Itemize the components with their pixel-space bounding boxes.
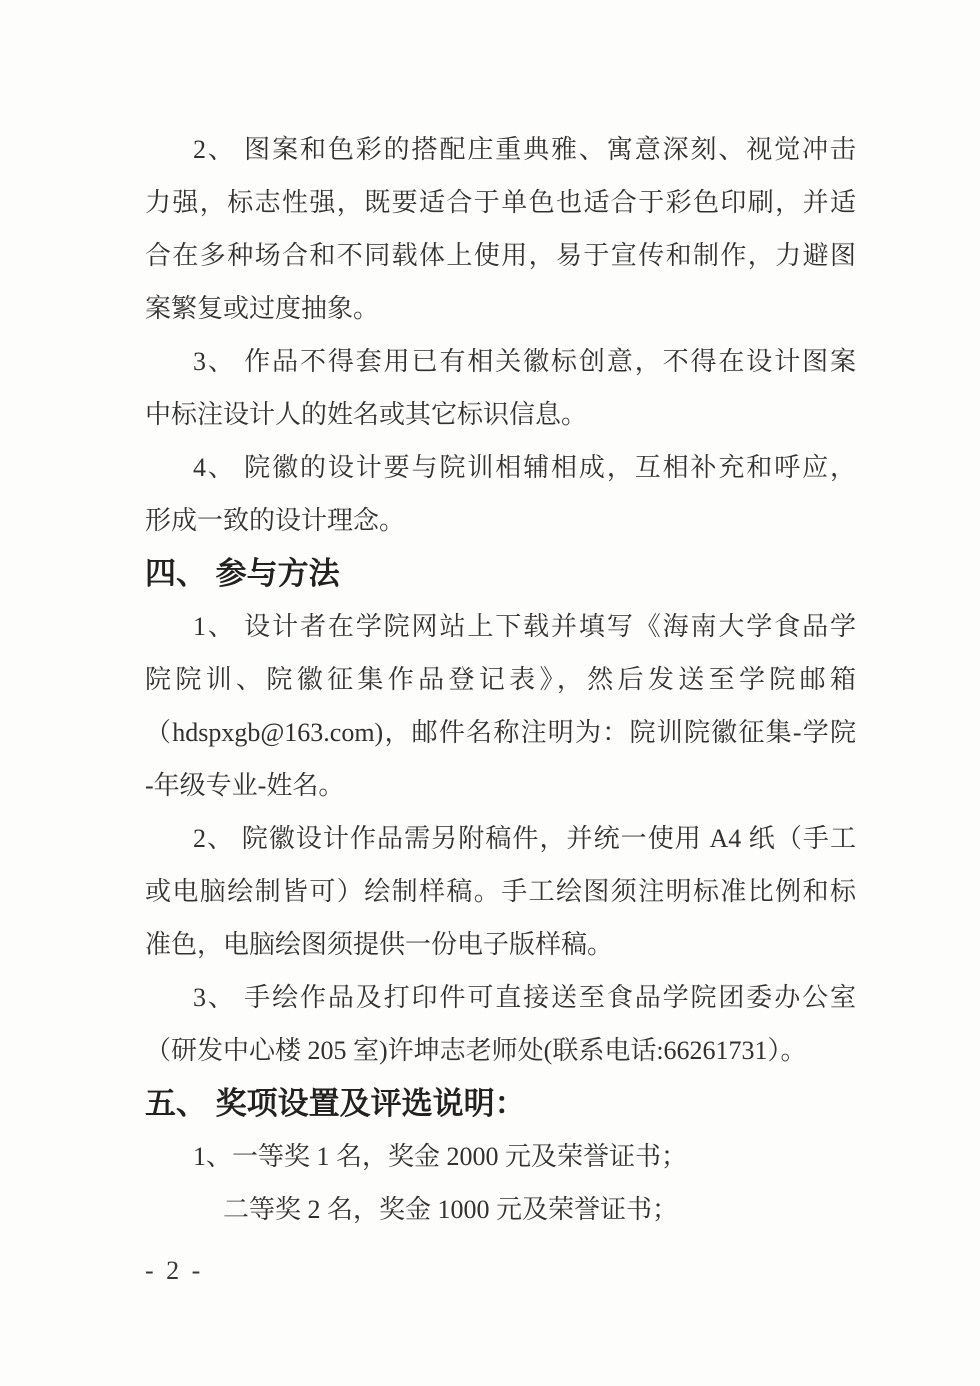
text-line: 4、 院徽的设计要与院训相辅相成，互相补充和呼应， bbox=[145, 441, 856, 494]
text-line: 合在多种场合和不同载体上使用，易于宣传和制作，力避图 bbox=[145, 229, 856, 282]
text-line: -年级专业-姓名。 bbox=[145, 759, 856, 812]
text-line: 1、 设计者在学院网站上下载并填写《海南大学食品学 bbox=[145, 600, 856, 653]
paragraph-awards: 1、一等奖 1 名，奖金 2000 元及荣誉证书； 二等奖 2 名，奖金 100… bbox=[145, 1130, 856, 1236]
page-number: - 2 - bbox=[145, 1244, 203, 1297]
award-first-prize-line: 1、一等奖 1 名，奖金 2000 元及荣誉证书； bbox=[145, 1130, 856, 1183]
text-line: 力强，标志性强，既要适合于单色也适合于彩色印刷，并适 bbox=[145, 176, 856, 229]
paragraph-design-requirement-3: 3、 作品不得套用已有相关徽标创意，不得在设计图案 中标注设计人的姓名或其它标识… bbox=[145, 335, 856, 441]
text-line: 或电脑绘制皆可）绘制样稿。手工绘图须注明标准比例和标 bbox=[145, 865, 856, 918]
text-line: 案繁复或过度抽象。 bbox=[145, 282, 856, 335]
text-line: 3、 作品不得套用已有相关徽标创意，不得在设计图案 bbox=[145, 335, 856, 388]
text-line: 3、 手绘作品及打印件可直接送至食品学院团委办公室 bbox=[145, 971, 856, 1024]
scanned-document-page: 2、 图案和色彩的搭配庄重典雅、寓意深刻、视觉冲击 力强，标志性强，既要适合于单… bbox=[0, 0, 980, 1386]
paragraph-method-2: 2、 院徽设计作品需另附稿件，并统一使用 A4 纸（手工 或电脑绘制皆可）绘制样… bbox=[145, 812, 856, 971]
text-line: 准色，电脑绘图须提供一份电子版样稿。 bbox=[145, 918, 856, 971]
section-heading-awards: 五、 奖项设置及评选说明： bbox=[145, 1077, 856, 1130]
text-line: （研发中心楼 205 室)许坤志老师处(联系电话:66261731）。 bbox=[145, 1024, 856, 1077]
text-line: 2、 院徽设计作品需另附稿件，并统一使用 A4 纸（手工 bbox=[145, 812, 856, 865]
paragraph-method-3: 3、 手绘作品及打印件可直接送至食品学院团委办公室 （研发中心楼 205 室)许… bbox=[145, 971, 856, 1077]
text-line: 院院训、院徽征集作品登记表》，然后发送至学院邮箱 bbox=[145, 653, 856, 706]
text-line: 形成一致的设计理念。 bbox=[145, 494, 856, 547]
text-line: （hdspxgb@163.com)，邮件名称注明为：院训院徽征集-学院 bbox=[145, 706, 856, 759]
text-line: 中标注设计人的姓名或其它标识信息。 bbox=[145, 388, 856, 441]
paragraph-design-requirement-2: 2、 图案和色彩的搭配庄重典雅、寓意深刻、视觉冲击 力强，标志性强，既要适合于单… bbox=[145, 123, 856, 335]
award-second-prize-line: 二等奖 2 名，奖金 1000 元及荣誉证书； bbox=[145, 1183, 856, 1236]
document-body: 2、 图案和色彩的搭配庄重典雅、寓意深刻、视觉冲击 力强，标志性强，既要适合于单… bbox=[145, 123, 856, 1236]
section-heading-participation-method: 四、 参与方法 bbox=[145, 547, 856, 600]
paragraph-design-requirement-4: 4、 院徽的设计要与院训相辅相成，互相补充和呼应， 形成一致的设计理念。 bbox=[145, 441, 856, 547]
paragraph-method-1: 1、 设计者在学院网站上下载并填写《海南大学食品学 院院训、院徽征集作品登记表》… bbox=[145, 600, 856, 812]
text-line: 2、 图案和色彩的搭配庄重典雅、寓意深刻、视觉冲击 bbox=[145, 123, 856, 176]
